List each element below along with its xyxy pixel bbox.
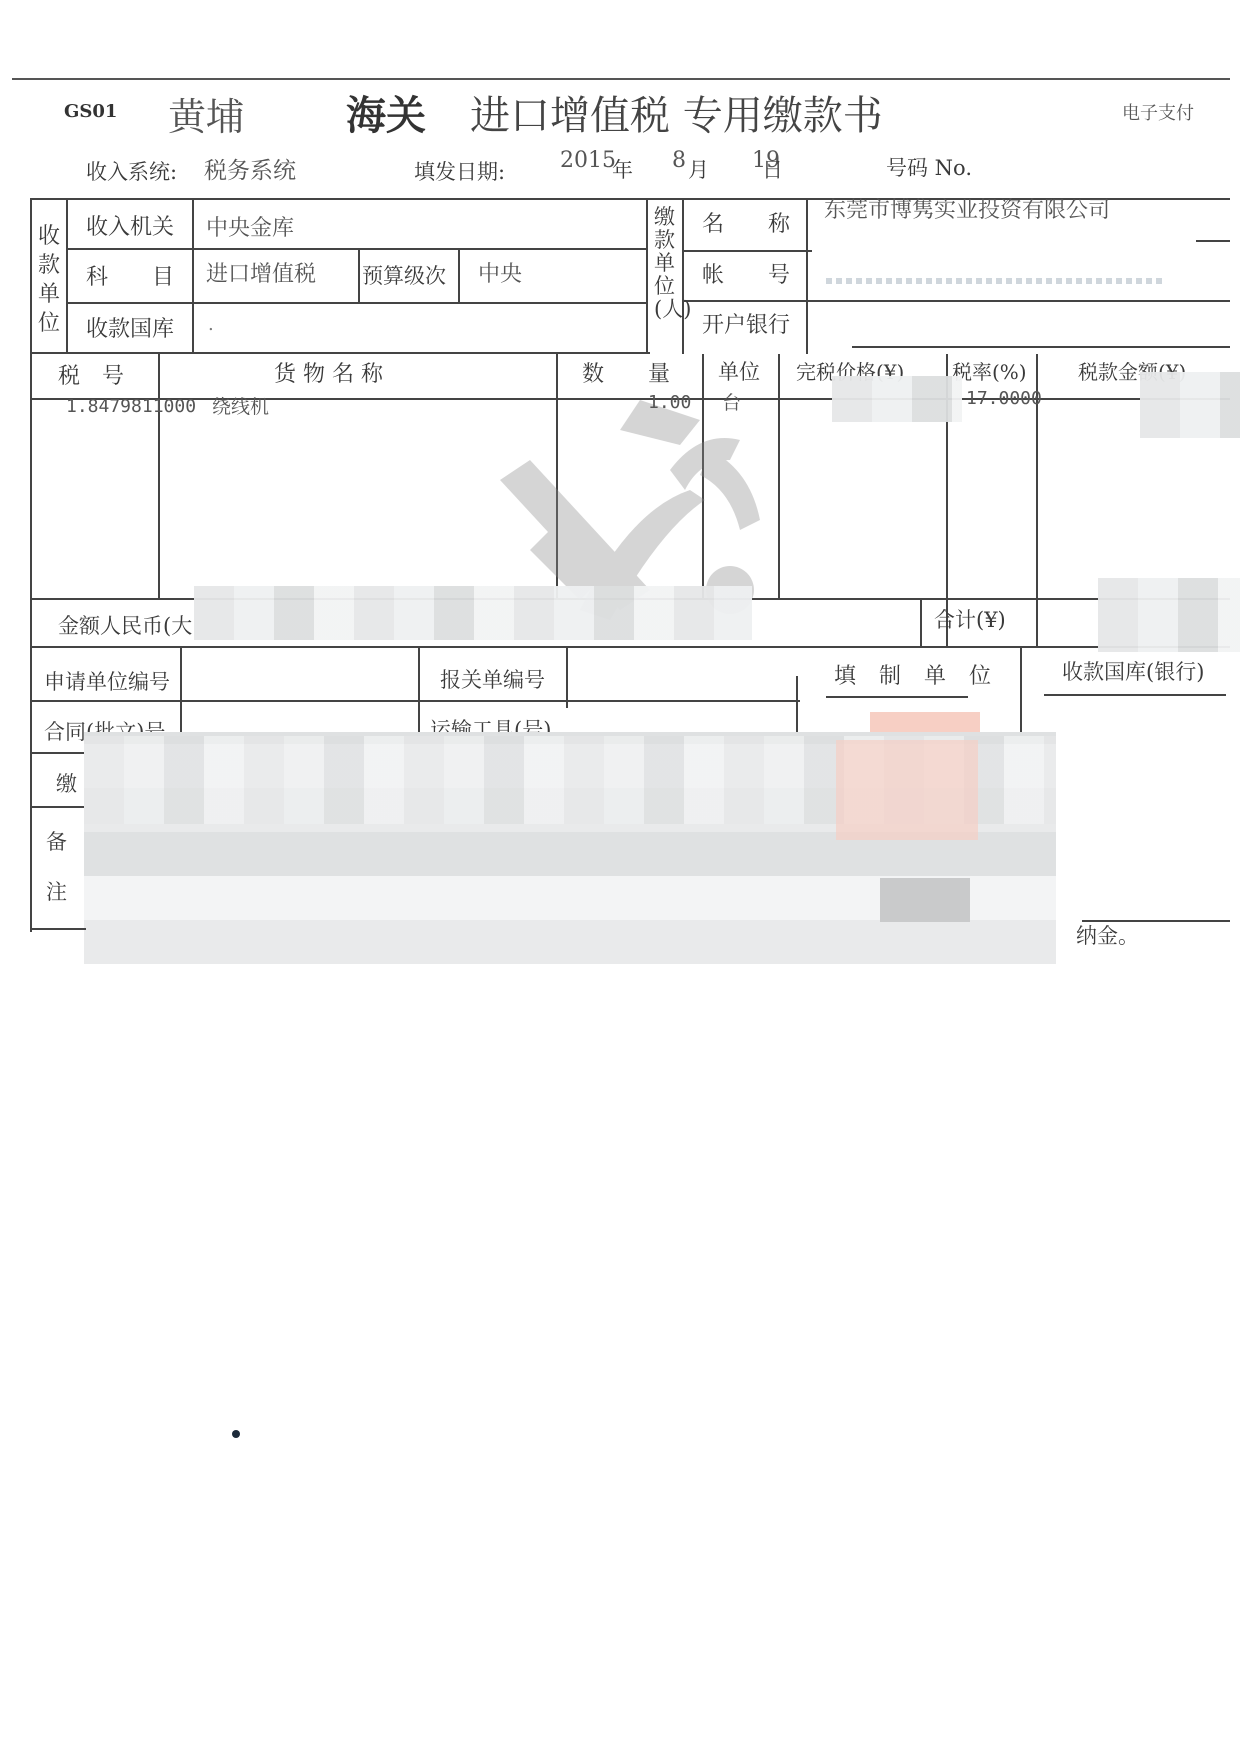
applicant-no-label: 申请单位编号 <box>44 672 170 693</box>
grid-line <box>682 198 684 354</box>
declaration-no-label: 报关单编号 <box>440 670 545 691</box>
payment-mode: 电子支付 <box>1122 105 1194 123</box>
grid-line <box>66 198 68 354</box>
redacted-tax-amount <box>1140 372 1240 438</box>
payer-name-value: 东莞市博隽实业投资有限公司 <box>824 200 1110 222</box>
payer-account-label: 帐 号 <box>702 265 790 287</box>
payee-treasury-label: 收款国库 <box>86 319 174 341</box>
grid-line <box>30 752 90 754</box>
grid-line <box>30 928 86 930</box>
revenue-system-value: 税务系统 <box>204 160 296 183</box>
grid-line <box>30 198 32 932</box>
grid-line <box>826 696 968 698</box>
month-unit: 月 <box>688 160 709 181</box>
budget-level-value: 中央 <box>478 264 522 286</box>
header-tax-no: 税 号 <box>58 366 124 388</box>
footer-fragment: 纳金。 <box>1076 926 1139 947</box>
payee-treasury-value: . <box>208 316 214 334</box>
header-quantity: 数 量 <box>582 364 670 386</box>
goods-tax-rate: 17.0000 <box>966 390 1042 408</box>
grid-line <box>1196 240 1230 242</box>
redacted-total <box>1098 578 1240 652</box>
grid-line <box>158 354 160 600</box>
payee-office-value: 中央金库 <box>206 218 294 240</box>
pay-label: 缴 <box>56 774 77 795</box>
redacted-amount-words <box>194 586 752 640</box>
customs-office: 黄埔 <box>168 98 244 136</box>
grid-line <box>30 700 800 702</box>
grid-line <box>566 648 568 708</box>
grid-line <box>1082 920 1230 922</box>
grid-line <box>192 198 194 354</box>
goods-tax-no: 1.8479811000 <box>66 398 196 416</box>
grid-line <box>646 198 648 354</box>
goods-unit: 台 <box>722 394 741 413</box>
grid-line <box>30 646 1230 648</box>
header-unit: 单位 <box>718 362 760 383</box>
redacted-account <box>826 278 1166 284</box>
grid-line <box>66 302 646 304</box>
redacted-dark-patch <box>880 878 970 922</box>
grid-line <box>852 346 1230 348</box>
form-code: GS01 <box>64 103 117 121</box>
day-unit: 日 <box>762 160 783 181</box>
payee-subject-value: 进口增值税 <box>206 264 316 286</box>
amount-label: 金额人民币(大 <box>58 616 192 637</box>
payee-office-label: 收入机关 <box>86 217 174 239</box>
grid-line <box>1044 694 1226 696</box>
payee-subject-label: 科 目 <box>86 267 174 289</box>
remarks-label-2: 注 <box>46 882 67 903</box>
revenue-system-label: 收入系统: <box>86 162 177 183</box>
header-tax-rate: 税率(%) <box>952 362 1027 382</box>
redacted-dutiable-value <box>832 376 962 422</box>
payer-name-label: 名 称 <box>702 214 788 236</box>
number-label: 号码 No. <box>886 158 972 179</box>
goods-name: 绕线机 <box>212 398 269 417</box>
issuer-label: 填 制 单 位 <box>834 666 999 688</box>
payer-group-label: 缴款单位(人) <box>654 206 676 321</box>
form-title: 进口增值税 专用缴款书 <box>470 96 883 136</box>
grid-line <box>806 198 808 354</box>
issue-date-label: 填发日期: <box>414 162 505 183</box>
year-unit: 年 <box>612 160 633 181</box>
budget-level-label: 预算级次 <box>362 266 446 287</box>
payer-bank-label: 开户银行 <box>702 315 790 337</box>
header-goods-name: 货 物 名 称 <box>274 364 383 386</box>
grid-line <box>66 248 646 250</box>
goods-quantity: 1.00 <box>648 394 691 412</box>
treasury-bank-label: 收款国库(银行) <box>1062 662 1204 683</box>
stray-dot <box>232 1430 240 1438</box>
grid-line <box>358 248 360 302</box>
grid-line <box>30 806 90 808</box>
grid-line <box>458 248 460 302</box>
grid-line <box>682 300 1230 302</box>
top-rule <box>12 78 1230 80</box>
total-label: 合计(¥) <box>934 610 1006 631</box>
grid-line <box>682 250 812 252</box>
redacted-stamp-area <box>836 740 978 840</box>
payee-group-label: 收款单位 <box>38 222 60 338</box>
remarks-label-1: 备 <box>46 832 67 853</box>
issue-month: 8 <box>672 150 686 172</box>
grid-line <box>920 598 922 648</box>
grid-line <box>418 648 420 738</box>
issue-year: 2015 <box>560 150 616 172</box>
title-customs: 海关 <box>346 96 426 136</box>
